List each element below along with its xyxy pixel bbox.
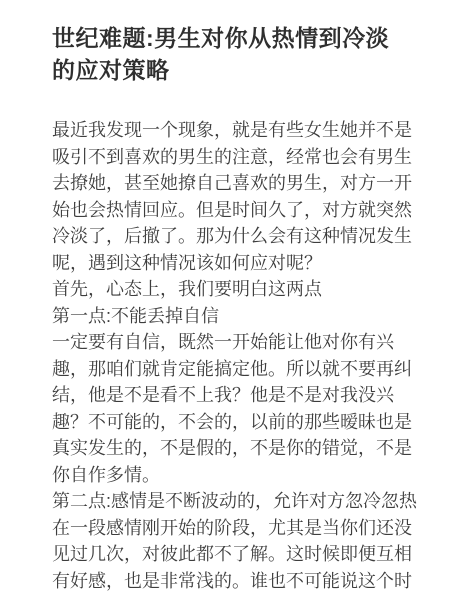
article-body-line: 一定要有自信，既然一开始能让他对你有兴 — [52, 329, 414, 356]
article-page: 世纪难题:男生对你从热情到冷淡的应对策略 最近我发现一个现象，就是有些女生她并不… — [0, 0, 450, 600]
article-body-line: 趣？不可能的，不会的，以前的那些暧昧也是 — [52, 409, 414, 436]
article-body-line: 你自作多情。 — [52, 462, 414, 489]
article-body-line: 去撩她，甚至她撩自己喜欢的男生，对方一开 — [52, 170, 414, 197]
article-body-line: 首先，心态上，我们要明白这两点 — [52, 276, 414, 303]
article-body-line: 始也会热情回应。但是时间久了，对方就突然 — [52, 197, 414, 224]
article-body-line: 趣，那咱们就肯定能搞定他。所以就不要再纠 — [52, 356, 414, 383]
article-body-line: 第一点:不能丢掉自信 — [52, 303, 414, 330]
article-body-line: 有好感，也是非常浅的。谁也不可能说这个时 — [52, 568, 414, 595]
article-body: 最近我发现一个现象，就是有些女生她并不是吸引不到喜欢的男生的注意，经常也会有男生… — [52, 117, 414, 594]
article-body-line: 第二点:感情是不断波动的，允许对方忽冷忽热 — [52, 488, 414, 515]
article-body-line: 吸引不到喜欢的男生的注意，经常也会有男生 — [52, 144, 414, 171]
article-body-line: 真实发生的，不是假的，不是你的错觉，不是 — [52, 435, 414, 462]
article-body-line: 见过几次，对彼此都不了解。这时候即便互相 — [52, 541, 414, 568]
article-body-line: 最近我发现一个现象，就是有些女生她并不是 — [52, 117, 414, 144]
article-title: 世纪难题:男生对你从热情到冷淡的应对策略 — [52, 22, 414, 86]
article-title-line: 世纪难题:男生对你从热情到冷淡 — [52, 22, 414, 54]
article-title-line: 的应对策略 — [52, 54, 414, 86]
article-body-line: 呢，遇到这种情况该如何应对呢？ — [52, 250, 414, 277]
article-body-line: 在一段感情刚开始的阶段，尤其是当你们还没 — [52, 515, 414, 542]
article-body-line: 冷淡了，后撤了。那为什么会有这种情况发生 — [52, 223, 414, 250]
article-body-line: 结，他是不是看不上我？他是不是对我没兴 — [52, 382, 414, 409]
